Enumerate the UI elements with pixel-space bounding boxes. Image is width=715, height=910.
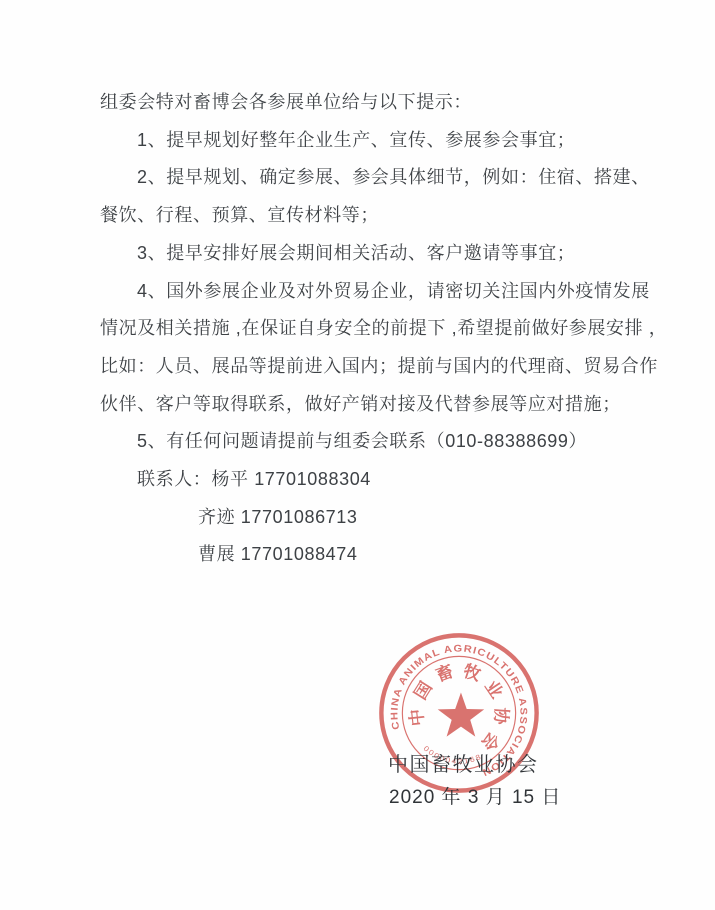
seal-char: 牧 (461, 660, 483, 684)
seal-char: 国 (411, 678, 436, 703)
seal-char: 中 (406, 708, 428, 727)
contact-line: 齐迹 17701086713 (0, 499, 715, 537)
document-line: 4、国外参展企业及对外贸易企业，请密切关注国内外疫情发展 (0, 273, 715, 311)
document-line: 5、有任何问题请提前与组委会联系（010-88388699） (0, 423, 715, 461)
document-page: 组委会特对畜博会各参展单位给与以下提示： 1、提早规划好整年企业生产、宣传、参展… (0, 0, 715, 910)
document-line: 伙伴、客户等取得联系，做好产销对接及代替参展等应对措施； (0, 386, 715, 424)
contact-line: 曹展 17701088474 (0, 536, 715, 574)
document-line: 情况及相关措施 ,在保证自身安全的前提下 ,希望提前做好参展安排 ， (0, 310, 715, 348)
seal-star-icon (438, 692, 484, 736)
document-line: 比如：人员、展品等提前进入国内；提前与国内的代理商、贸易合作 (0, 348, 715, 386)
signature-organization: 中国畜牧业协会 (388, 748, 539, 777)
document-line: 2、提早规划、确定参展、参会具体细节，例如：住宿、搭建、 (0, 159, 715, 197)
document-line: 3、提早安排好展会期间相关活动、客户邀请等事宜； (0, 235, 715, 273)
contact-line: 联系人：杨平 17701088304 (0, 461, 715, 499)
document-body: 组委会特对畜博会各参展单位给与以下提示： 1、提早规划好整年企业生产、宣传、参展… (0, 84, 715, 574)
seal-char: 畜 (433, 661, 456, 686)
document-line: 1、提早规划好整年企业生产、宣传、参展参会事宜； (0, 122, 715, 160)
seal-char: 业 (481, 677, 506, 702)
document-line: 组委会特对畜博会各参展单位给与以下提示： (0, 84, 715, 122)
seal-char: 协 (491, 707, 512, 726)
signature-date: 2020 年 3 月 15 日 (389, 782, 561, 809)
document-line: 餐饮、行程、预算、宣传材料等； (0, 197, 715, 235)
